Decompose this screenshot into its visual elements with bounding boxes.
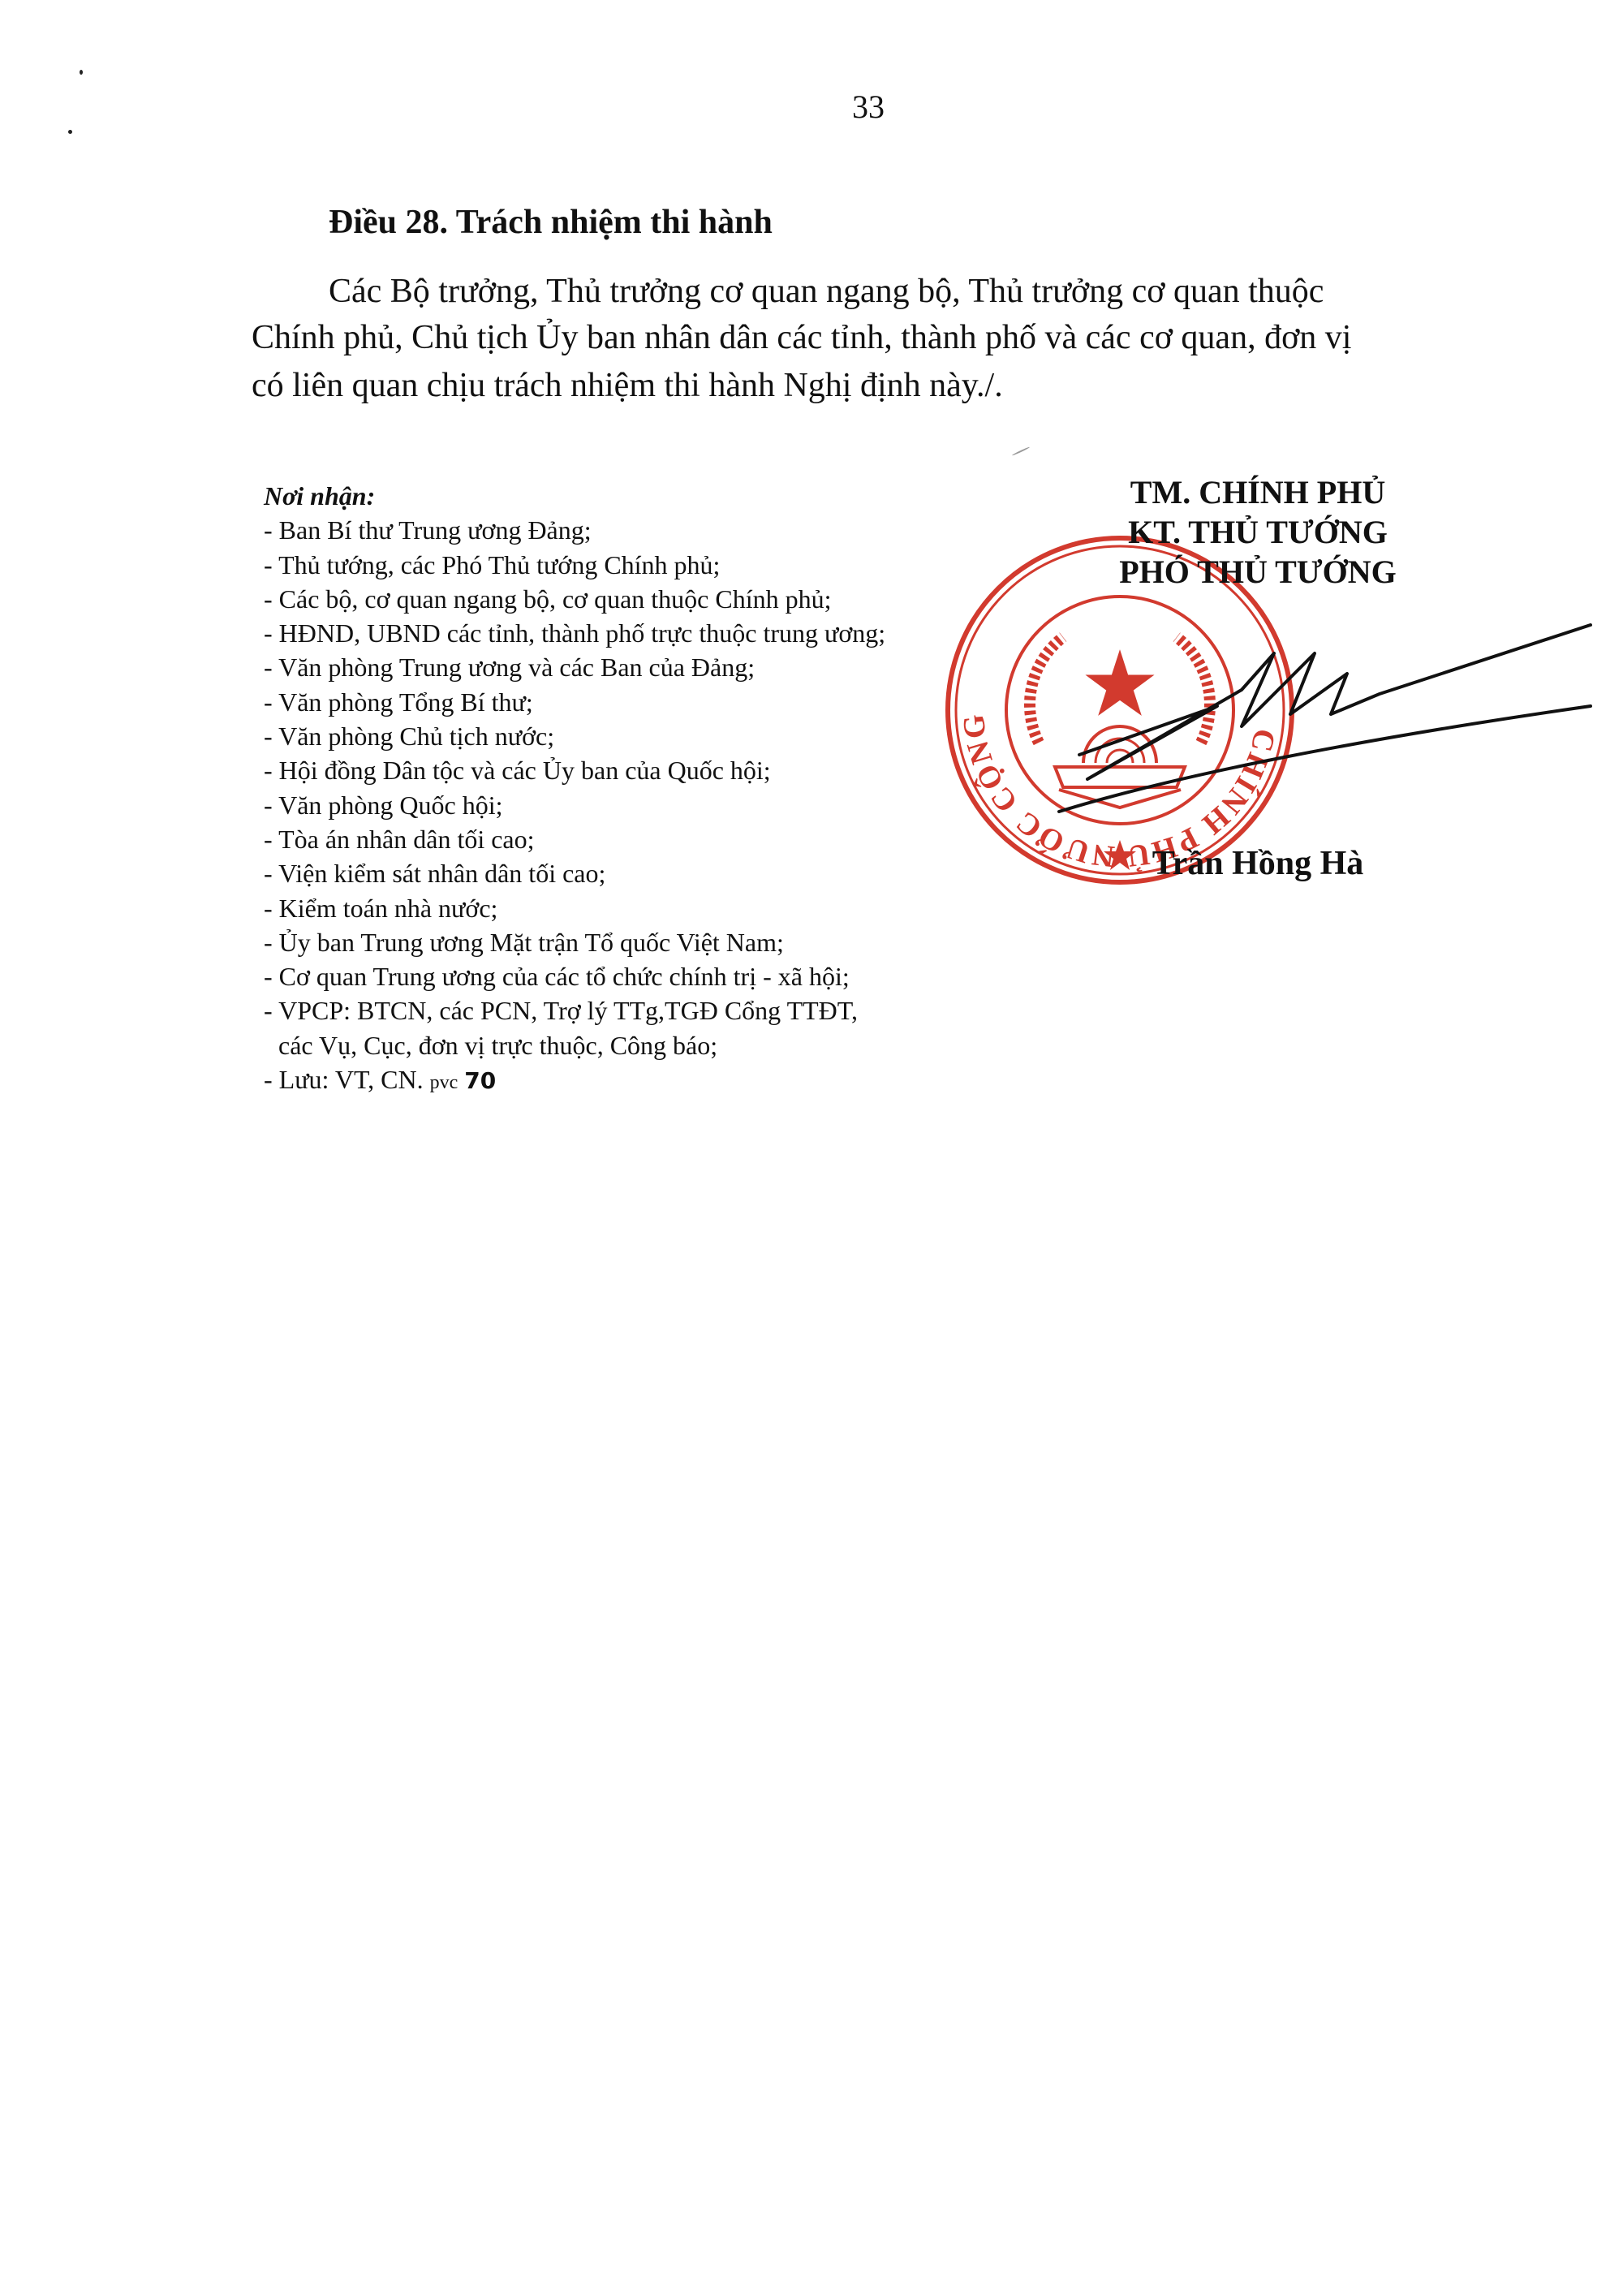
recipient-item: - Văn phòng Quốc hội; [264, 788, 885, 822]
recipient-item: - Thủ tướng, các Phó Thủ tướng Chính phủ… [264, 548, 885, 582]
recipient-item: - Viện kiểm sát nhân dân tối cao; [264, 856, 885, 890]
recipient-items: - Ban Bí thư Trung ương Đảng;- Thủ tướng… [264, 513, 885, 1027]
storage-line: - Lưu: VT, CN. pvc 70 [264, 1062, 885, 1100]
scan-speck [1012, 446, 1031, 456]
scan-speck [68, 130, 72, 134]
handwritten-signature [974, 617, 1607, 828]
recipient-item: - HĐND, UBND các tỉnh, thành phố trực th… [264, 616, 885, 650]
recipient-item: - Văn phòng Tổng Bí thư; [264, 685, 885, 719]
signer-name: Trần Hồng Hà [1055, 844, 1461, 883]
recipients-heading: Nơi nhận: [264, 479, 885, 513]
storage-copies: 70 [464, 1067, 496, 1094]
recipient-item: - Văn phòng Trung ương và các Ban của Đả… [264, 650, 885, 684]
recipient-item: - Cơ quan Trung ương của các tổ chức chí… [264, 959, 885, 993]
signature-block: TM. CHÍNH PHỦ KT. THỦ TƯỚNG PHÓ THỦ TƯỚN… [1055, 472, 1461, 592]
page-number: 33 [852, 88, 885, 126]
storage-label: - Lưu: VT, CN. [264, 1065, 424, 1094]
recipient-item-continuation: các Vụ, Cục, đơn vị trực thuộc, Công báo… [264, 1028, 885, 1062]
scan-speck [80, 70, 83, 75]
recipient-item: - Văn phòng Chủ tịch nước; [264, 719, 885, 753]
recipients-list: Nơi nhận: - Ban Bí thư Trung ương Đảng;-… [264, 479, 885, 1100]
signature-title-2: KT. THỦ TƯỚNG [1055, 512, 1461, 552]
recipient-item: - Tòa án nhân dân tối cao; [264, 822, 885, 856]
recipient-item: - Ủy ban Trung ương Mặt trận Tổ quốc Việ… [264, 925, 885, 959]
recipient-item: - Hội đồng Dân tộc và các Ủy ban của Quố… [264, 753, 885, 787]
article-body-line: có liên quan chịu trách nhiệm thi hành N… [252, 366, 1003, 405]
article-body-line: Chính phủ, Chủ tịch Ủy ban nhân dân các … [252, 318, 1351, 357]
signature-title-3: PHÓ THỦ TƯỚNG [1055, 552, 1461, 592]
article-title: Điều 28. Trách nhiệm thi hành [329, 203, 773, 242]
storage-code: pvc [430, 1072, 458, 1093]
recipient-item: - VPCP: BTCN, các PCN, Trợ lý TTg,TGĐ Cổ… [264, 993, 885, 1027]
recipient-item: - Các bộ, cơ quan ngang bộ, cơ quan thuộ… [264, 582, 885, 616]
recipient-item: - Kiểm toán nhà nước; [264, 891, 885, 925]
recipient-item: - Ban Bí thư Trung ương Đảng; [264, 513, 885, 547]
signature-title-1: TM. CHÍNH PHỦ [1055, 472, 1461, 512]
article-body-line: Các Bộ trưởng, Thủ trưởng cơ quan ngang … [329, 272, 1324, 311]
